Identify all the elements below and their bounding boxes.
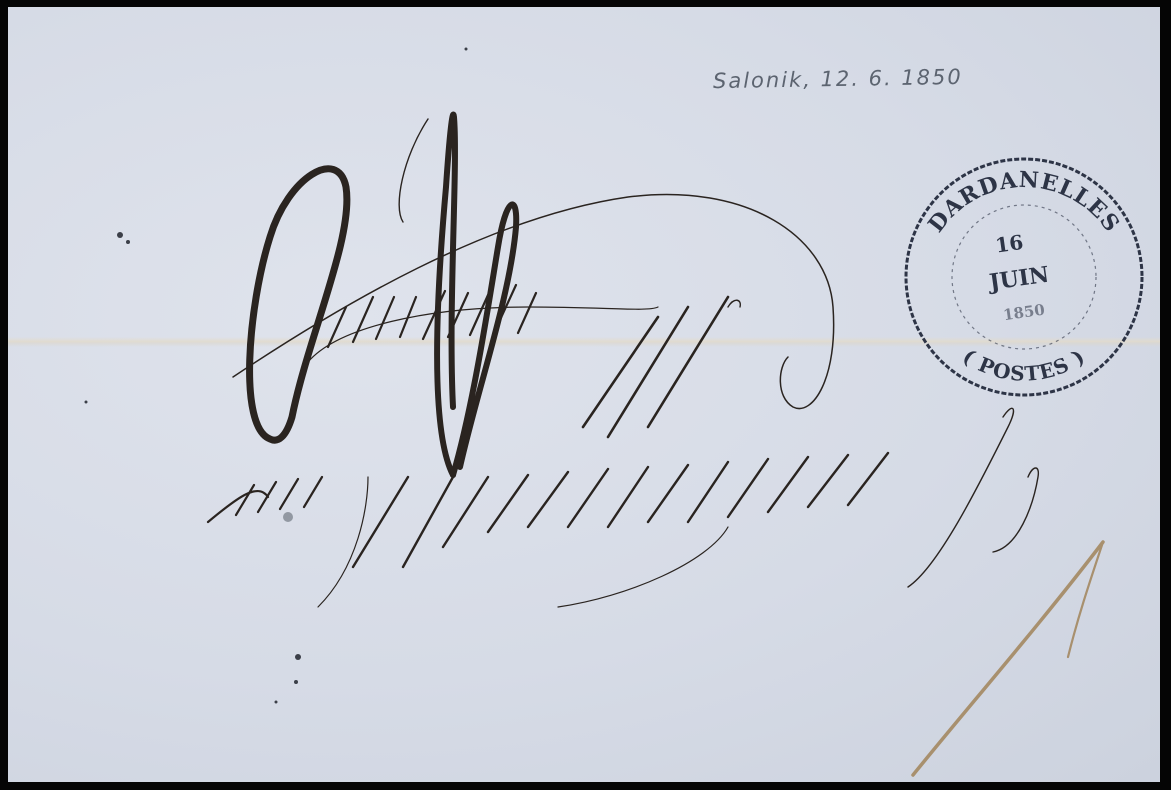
postmark-day: 16 [994, 230, 1025, 258]
rate-marking [250, 115, 517, 475]
postal-cover: Salonik, 12. 6. 1850 [8, 7, 1160, 782]
address-line-name [208, 408, 1038, 607]
crayon-mark [913, 542, 1103, 775]
postmark-town: DARDANELLES [923, 167, 1125, 238]
postmark-year: 1850 [1002, 301, 1046, 325]
svg-text:DARDANELLES: DARDANELLES [923, 167, 1125, 238]
postmark-month: JUIN [986, 262, 1051, 296]
manuscript-layer: DARDANELLES ( POSTES ) 16 JUIN 1850 [8, 7, 1160, 782]
svg-text:( POSTES ): ( POSTES ) [958, 344, 1089, 386]
postmark-dardanelles: DARDANELLES ( POSTES ) 16 JUIN 1850 [906, 159, 1142, 395]
address-line-city [308, 285, 740, 437]
postmark-postes: ( POSTES ) [958, 344, 1089, 386]
paper-specks [85, 48, 468, 704]
